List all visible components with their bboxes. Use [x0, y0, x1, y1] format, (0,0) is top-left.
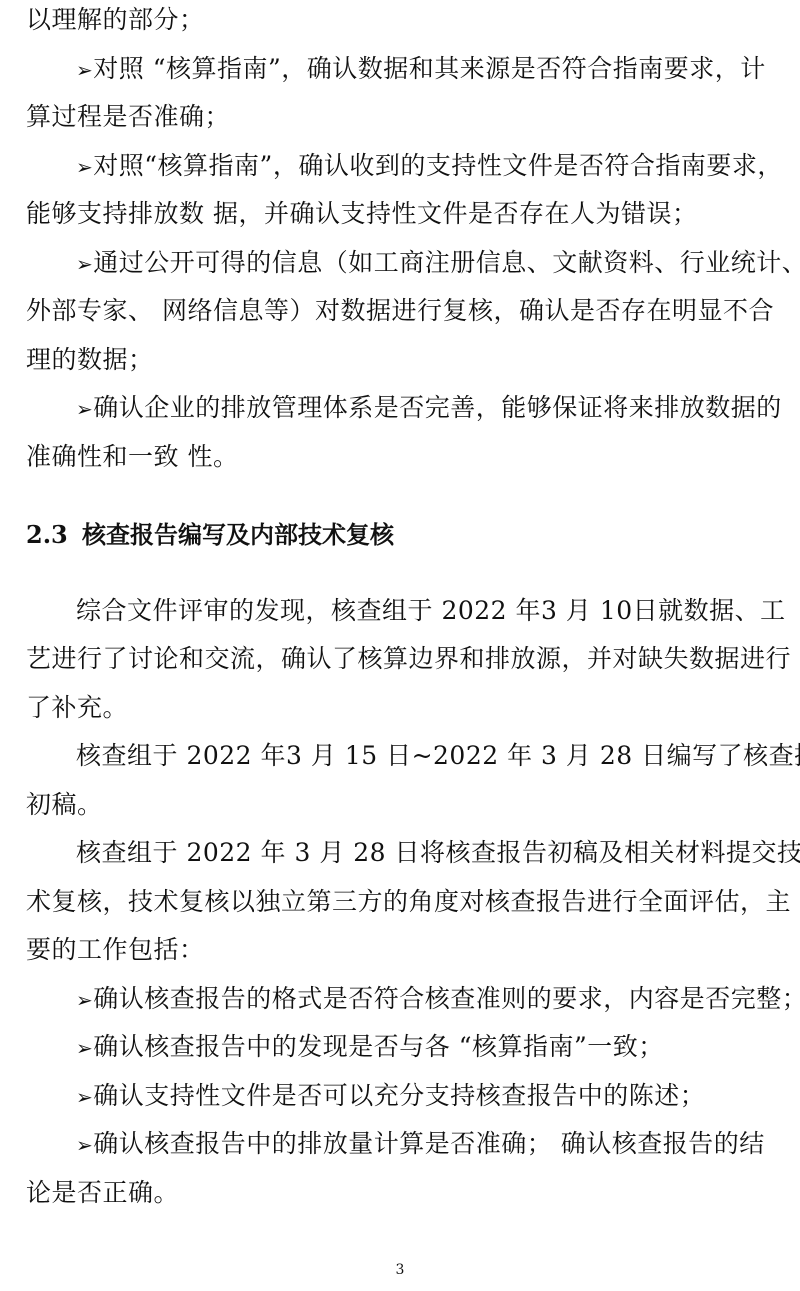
bullet-line: ➢对照 “核算指南”，确认数据和其来源是否符合指南要求，计 [76, 53, 766, 86]
text-line: 以理解的部分； [26, 4, 205, 36]
arrow-bullet-icon: ➢ [76, 155, 93, 179]
text-line: 准确性和一致 性。 [26, 441, 238, 473]
text-line: 能够支持排放数 据，并确认支持性文件是否存在人为错误； [26, 198, 697, 230]
bullet-text: 对照 “核算指南”，确认数据和其来源是否符合指南要求，计 [93, 54, 766, 83]
paragraph-line: 术复核，技术复核以独立第三方的角度对核查报告进行全面评估，主 [26, 886, 791, 918]
bullet-line: ➢确认核查报告的格式是否符合核查准则的要求，内容是否完整； [76, 983, 800, 1016]
text-line: 外部专家、 网络信息等）对数据进行复核，确认是否存在明显不合 [26, 295, 774, 327]
bullet-line: ➢通过公开可得的信息（如工商注册信息、文献资料、行业统计、 [76, 247, 800, 280]
bullet-text: 通过公开可得的信息（如工商注册信息、文献资料、行业统计、 [93, 248, 800, 277]
paragraph-line: 艺进行了讨论和交流，确认了核算边界和排放源，并对缺失数据进行 [26, 643, 791, 675]
arrow-bullet-icon: ➢ [76, 1133, 93, 1157]
bullet-text: 确认支持性文件是否可以充分支持核查报告中的陈述； [93, 1081, 705, 1110]
arrow-bullet-icon: ➢ [76, 1036, 93, 1060]
paragraph-line: 综合文件评审的发现，核查组于 2022 年3 月 10日就数据、工 [76, 595, 786, 627]
section-heading: 2.3核查报告编写及内部技术复核 [26, 515, 394, 550]
paragraph-line: 要的工作包括： [26, 934, 205, 966]
text-line: 算过程是否准确； [26, 101, 230, 133]
bullet-text: 确认核查报告中的发现是否与各 “核算指南”一致； [93, 1032, 664, 1061]
bullet-line: ➢确认企业的排放管理体系是否完善，能够保证将来排放数据的 [76, 392, 782, 425]
paragraph-line: 初稿。 [26, 789, 103, 821]
bullet-line: ➢对照“核算指南”，确认收到的支持性文件是否符合指南要求， [76, 150, 783, 183]
bullet-text: 确认企业的排放管理体系是否完善，能够保证将来排放数据的 [93, 393, 782, 422]
paragraph-line: 了补充。 [26, 692, 128, 724]
arrow-bullet-icon: ➢ [76, 1085, 93, 1109]
bullet-line: ➢确认支持性文件是否可以充分支持核查报告中的陈述； [76, 1080, 705, 1113]
arrow-bullet-icon: ➢ [76, 988, 93, 1012]
paragraph-line: 核查组于 2022 年 3 月 28 日将核查报告初稿及相关材料提交技 [76, 837, 800, 869]
paragraph-line: 核查组于 2022 年3 月 15 日~2022 年 3 月 28 日编写了核查… [76, 740, 800, 772]
arrow-bullet-icon: ➢ [76, 252, 93, 276]
arrow-bullet-icon: ➢ [76, 397, 93, 421]
section-number: 2.3 [26, 520, 82, 549]
text-line: 理的数据； [26, 344, 154, 376]
bullet-line: ➢确认核查报告中的排放量计算是否准确； 确认核查报告的结 [76, 1128, 765, 1161]
bullet-line: ➢确认核查报告中的发现是否与各 “核算指南”一致； [76, 1031, 664, 1064]
section-title: 核查报告编写及内部技术复核 [82, 520, 394, 549]
paragraph-line: 论是否正确。 [26, 1177, 179, 1209]
bullet-text: 对照“核算指南”，确认收到的支持性文件是否符合指南要求， [93, 151, 783, 180]
arrow-bullet-icon: ➢ [76, 58, 93, 82]
bullet-text: 确认核查报告中的排放量计算是否准确； 确认核查报告的结 [93, 1129, 764, 1158]
page-number: 3 [0, 1262, 800, 1278]
bullet-text: 确认核查报告的格式是否符合核查准则的要求，内容是否完整； [93, 984, 800, 1013]
